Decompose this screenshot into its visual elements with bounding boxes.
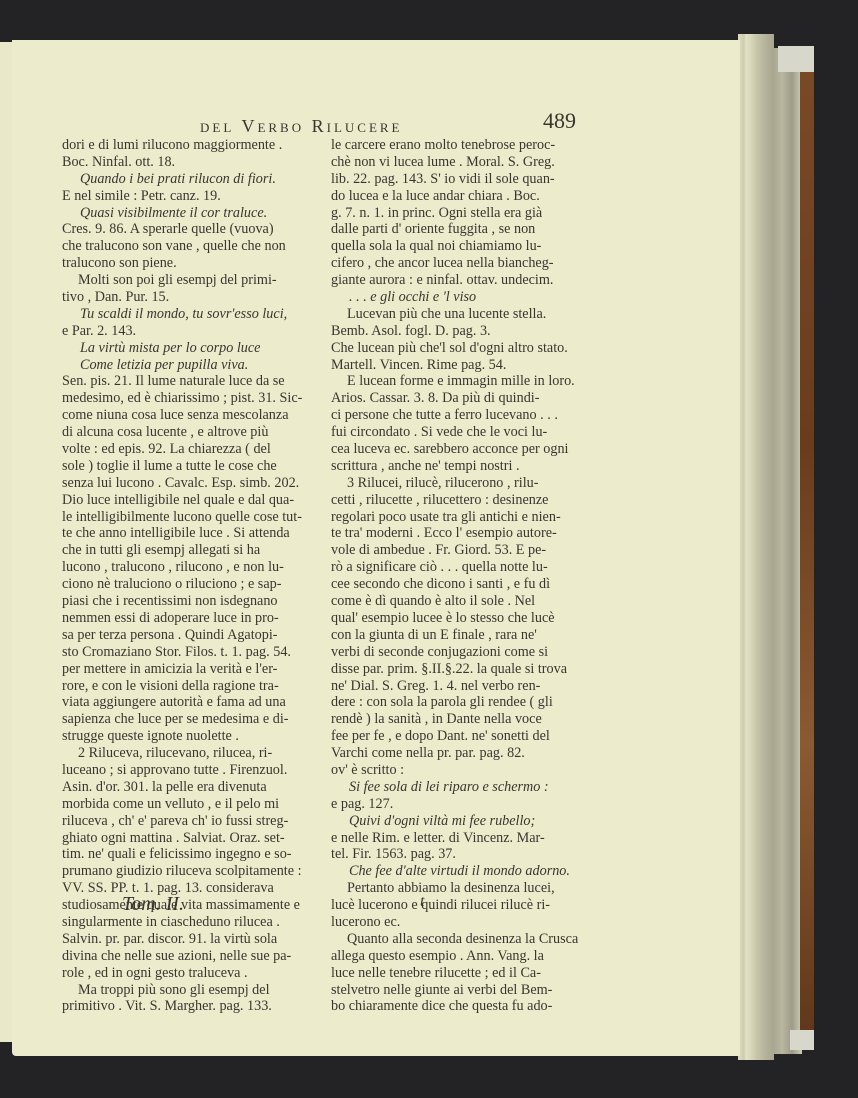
text-line: primitivo . Vit. S. Margher. pag. 133. bbox=[62, 998, 328, 1015]
text-line: cifero , che ancor lucea nella biancheg- bbox=[331, 255, 595, 272]
text-line: nemmen essi di adoperare luce in pro- bbox=[62, 610, 328, 627]
text-line: luce nelle tenebre rilucette ; ed il Ca- bbox=[331, 965, 595, 982]
text-line: sapienza che luce per se medesima e di- bbox=[62, 711, 328, 728]
text-line: lib. 22. pag. 143. S' io vidi il sole qu… bbox=[331, 171, 595, 188]
text-line: do lucea e la luce andar chiara . Boc. bbox=[331, 188, 595, 205]
text-line: morbida come un velluto , e il pelo mi bbox=[62, 796, 328, 813]
page-number: 489 bbox=[543, 108, 576, 134]
text-line: strugge queste ignote nuolette . bbox=[62, 728, 328, 745]
text-line: ghiato ogni mattina . Salviat. Oraz. set… bbox=[62, 830, 328, 847]
text-line: Pertanto abbiamo la desinenza lucei, bbox=[331, 880, 595, 897]
text-line: luceano ; si approvano tutte . Firenzuol… bbox=[62, 762, 328, 779]
text-line: bo chiaramente dice che questa fu ado- bbox=[331, 998, 595, 1015]
text-line: Asin. d'or. 301. la pelle era divenuta bbox=[62, 779, 328, 796]
text-line: tel. Fir. 1563. pag. 37. bbox=[331, 846, 595, 863]
text-line: viata aggiungere autorità e fama ad una bbox=[62, 694, 328, 711]
text-line: rò a significare ciò . . . quella notte … bbox=[331, 559, 595, 576]
catchword: t bbox=[420, 893, 424, 911]
running-head: del Verbo Rilucere bbox=[200, 116, 403, 137]
text-line: sole ) toglie il lume a tutte le cose ch… bbox=[62, 458, 328, 475]
text-line: chè non vi lucea lume . Moral. S. Greg. bbox=[331, 154, 595, 171]
text-line: Quando i bei prati rilucon di fiori. bbox=[62, 171, 328, 188]
cover-corner-bottom bbox=[790, 1030, 814, 1050]
text-line: e Par. 2. 143. bbox=[62, 323, 328, 340]
text-line: medesimo, ed è chiarissimo ; pist. 31. S… bbox=[62, 390, 328, 407]
text-line: e pag. 127. bbox=[331, 796, 595, 813]
text-line: che in tutti gli esempj allegati si ha bbox=[62, 542, 328, 559]
text-line: Cres. 9. 86. A sperarle quelle (vuova) bbox=[62, 221, 328, 238]
text-line: tralucono son piene. bbox=[62, 255, 328, 272]
text-line: E lucean forme e immagin mille in loro. bbox=[331, 373, 595, 390]
text-line: piasi che i recentissimi non isdegnano bbox=[62, 593, 328, 610]
text-line: e nelle Rim. e letter. di Vincenz. Mar- bbox=[331, 830, 595, 847]
text-line: senza lui lucono . Cavalc. Esp. simb. 20… bbox=[62, 475, 328, 492]
text-line: ciono nè traluciono o riluciono ; e sap- bbox=[62, 576, 328, 593]
text-line: volte : ed epis. 92. La chiarezza ( del bbox=[62, 441, 328, 458]
text-line: Si fee sola di lei riparo e schermo : bbox=[331, 779, 595, 796]
signature-mark: Tom. II. bbox=[122, 893, 184, 916]
text-line: te che anno intelligibile luce . Si atte… bbox=[62, 525, 328, 542]
text-line: lucerono ec. bbox=[331, 914, 595, 931]
text-line: verbi di seconde conjugazioni come si bbox=[331, 644, 595, 661]
text-line: Boc. Ninfal. ott. 18. bbox=[62, 154, 328, 171]
text-line: role , ed in ogni gesto traluceva . bbox=[62, 965, 328, 982]
text-line: rore, e con le visioni della ragione tra… bbox=[62, 678, 328, 695]
text-line: ov' è scritto : bbox=[331, 762, 595, 779]
page-stack-edge bbox=[738, 34, 774, 1060]
text-line: . . . e gli occhi e 'l viso bbox=[331, 289, 595, 306]
text-line: giante aurora : e ninfal. ottav. undecim… bbox=[331, 272, 595, 289]
text-line: cee secondo che dicono i santi , e fu dì bbox=[331, 576, 595, 593]
text-line: vole di ambedue . Fr. Giord. 53. E pe- bbox=[331, 542, 595, 559]
text-line: Martell. Vincen. Rime pag. 54. bbox=[331, 357, 595, 374]
text-line: come niuna cosa luce senza mescolanza bbox=[62, 407, 328, 424]
text-line: divina che nelle sue azioni, nelle sue p… bbox=[62, 948, 328, 965]
text-line: te tra' moderni . Ecco l' esempio autore… bbox=[331, 525, 595, 542]
text-line: Bemb. Asol. fogl. D. pag. 3. bbox=[331, 323, 595, 340]
text-line: singularmente in ciascheduno rilucea . bbox=[62, 914, 328, 931]
text-line: E nel simile : Petr. canz. 19. bbox=[62, 188, 328, 205]
text-line: Varchi come nella pr. par. pag. 82. bbox=[331, 745, 595, 762]
text-line: cetti , rilucette , rilucettero : desine… bbox=[331, 492, 595, 509]
text-line: sa per terza persona . Quindi Agatopi- bbox=[62, 627, 328, 644]
text-line: studiosamente quale vita massimamente e bbox=[62, 897, 328, 914]
text-line: rendè ) la sanità , in Dante nella voce bbox=[331, 711, 595, 728]
text-line: dori e di lumi rilucono maggiormente . bbox=[62, 137, 328, 154]
text-line: ci persone che tutte a ferro lucevano . … bbox=[331, 407, 595, 424]
text-line: allega questo esempio . Ann. Vang. la bbox=[331, 948, 595, 965]
text-line: Molti son poi gli esempj del primi- bbox=[62, 272, 328, 289]
text-line: di alcuna cosa lucente , e altrove più bbox=[62, 424, 328, 441]
text-line: scrittura , anche ne' tempi nostri . bbox=[331, 458, 595, 475]
text-line: regolari poco usate tra gli antichi e ni… bbox=[331, 509, 595, 526]
text-line: Dio luce intelligibile nel quale e dal q… bbox=[62, 492, 328, 509]
text-line: prumano giudizio riluceva scolpitamente … bbox=[62, 863, 328, 880]
text-line: fee per fe , e dopo Dant. ne' sonetti de… bbox=[331, 728, 595, 745]
text-line: quella sola la qual noi chiamiamo lu- bbox=[331, 238, 595, 255]
text-line: che tralucono son vane , quelle che non bbox=[62, 238, 328, 255]
text-line: Quasi visibilmente il cor traluce. bbox=[62, 205, 328, 222]
text-line: cea luceva ec. sarebbero acconce per ogn… bbox=[331, 441, 595, 458]
text-line: per mettere in amicizia la verità e l'er… bbox=[62, 661, 328, 678]
text-line: riluceva , ch' e' pareva ch' io fussi st… bbox=[62, 813, 328, 830]
text-line: tivo , Dan. Pur. 15. bbox=[62, 289, 328, 306]
text-line: Arios. Cassar. 3. 8. Da più di quindi- bbox=[331, 390, 595, 407]
text-line: lucè lucerono e quindi rilucei rilucè ri… bbox=[331, 897, 595, 914]
text-line: fui circondato . Si vede che le voci lu- bbox=[331, 424, 595, 441]
text-line: Lucevan più che una lucente stella. bbox=[331, 306, 595, 323]
text-line: dalle parti d' oriente fuggita , se non bbox=[331, 221, 595, 238]
left-text-column: dori e di lumi rilucono maggiormente .Bo… bbox=[62, 137, 328, 1015]
text-line: Quivi d'ogni viltà mi fee rubello; bbox=[331, 813, 595, 830]
text-line: qual' esempio lucee è lo stesso che lucè bbox=[331, 610, 595, 627]
text-line: Salvin. pr. par. discor. 91. la virtù so… bbox=[62, 931, 328, 948]
text-line: Come letizia per pupilla viva. bbox=[62, 357, 328, 374]
text-line: sto Cromaziano Stor. Filos. t. 1. pag. 5… bbox=[62, 644, 328, 661]
text-line: disse par. prim. §.II.§.22. la quale si … bbox=[331, 661, 595, 678]
text-line: Che fee d'alte virtudi il mondo adorno. bbox=[331, 863, 595, 880]
text-line: VV. SS. PP. t. 1. pag. 13. considerava bbox=[62, 880, 328, 897]
text-line: Tu scaldi il mondo, tu sovr'esso luci, bbox=[62, 306, 328, 323]
text-line: Che lucean più che'l sol d'ogni altro st… bbox=[331, 340, 595, 357]
leather-cover bbox=[800, 46, 814, 1046]
text-line: 2 Riluceva, rilucevano, rilucea, ri- bbox=[62, 745, 328, 762]
text-line: dere : con sola la parola gli rendee ( g… bbox=[331, 694, 595, 711]
text-line: ne' Dial. S. Greg. 1. 4. nel verbo ren- bbox=[331, 678, 595, 695]
text-line: con la giunta di un E finale , rara ne' bbox=[331, 627, 595, 644]
text-line: le intelligibilmente lucono quelle cose … bbox=[62, 509, 328, 526]
text-line: tim. ne' quali e felicissimo ingegno e s… bbox=[62, 846, 328, 863]
text-line: lucono , tralucono , rilucono , e non lu… bbox=[62, 559, 328, 576]
text-line: 3 Rilucei, rilucè, rilucerono , rilu- bbox=[331, 475, 595, 492]
text-line: Ma troppi più sono gli esempj del bbox=[62, 982, 328, 999]
text-line: La virtù mista per lo corpo luce bbox=[62, 340, 328, 357]
text-line: Sen. pis. 21. Il lume naturale luce da s… bbox=[62, 373, 328, 390]
text-line: come è dì quando è alto il sole . Nel bbox=[331, 593, 595, 610]
text-line: stelvetro nelle giunte ai verbi del Bem- bbox=[331, 982, 595, 999]
text-line: g. 7. n. 1. in princ. Ogni stella era gi… bbox=[331, 205, 595, 222]
cover-corner-top bbox=[778, 46, 814, 72]
text-line: le carcere erano molto tenebrose peroc- bbox=[331, 137, 595, 154]
right-text-column: le carcere erano molto tenebrose peroc-c… bbox=[331, 137, 595, 1015]
text-line: Quanto alla seconda desinenza la Crusca bbox=[331, 931, 595, 948]
